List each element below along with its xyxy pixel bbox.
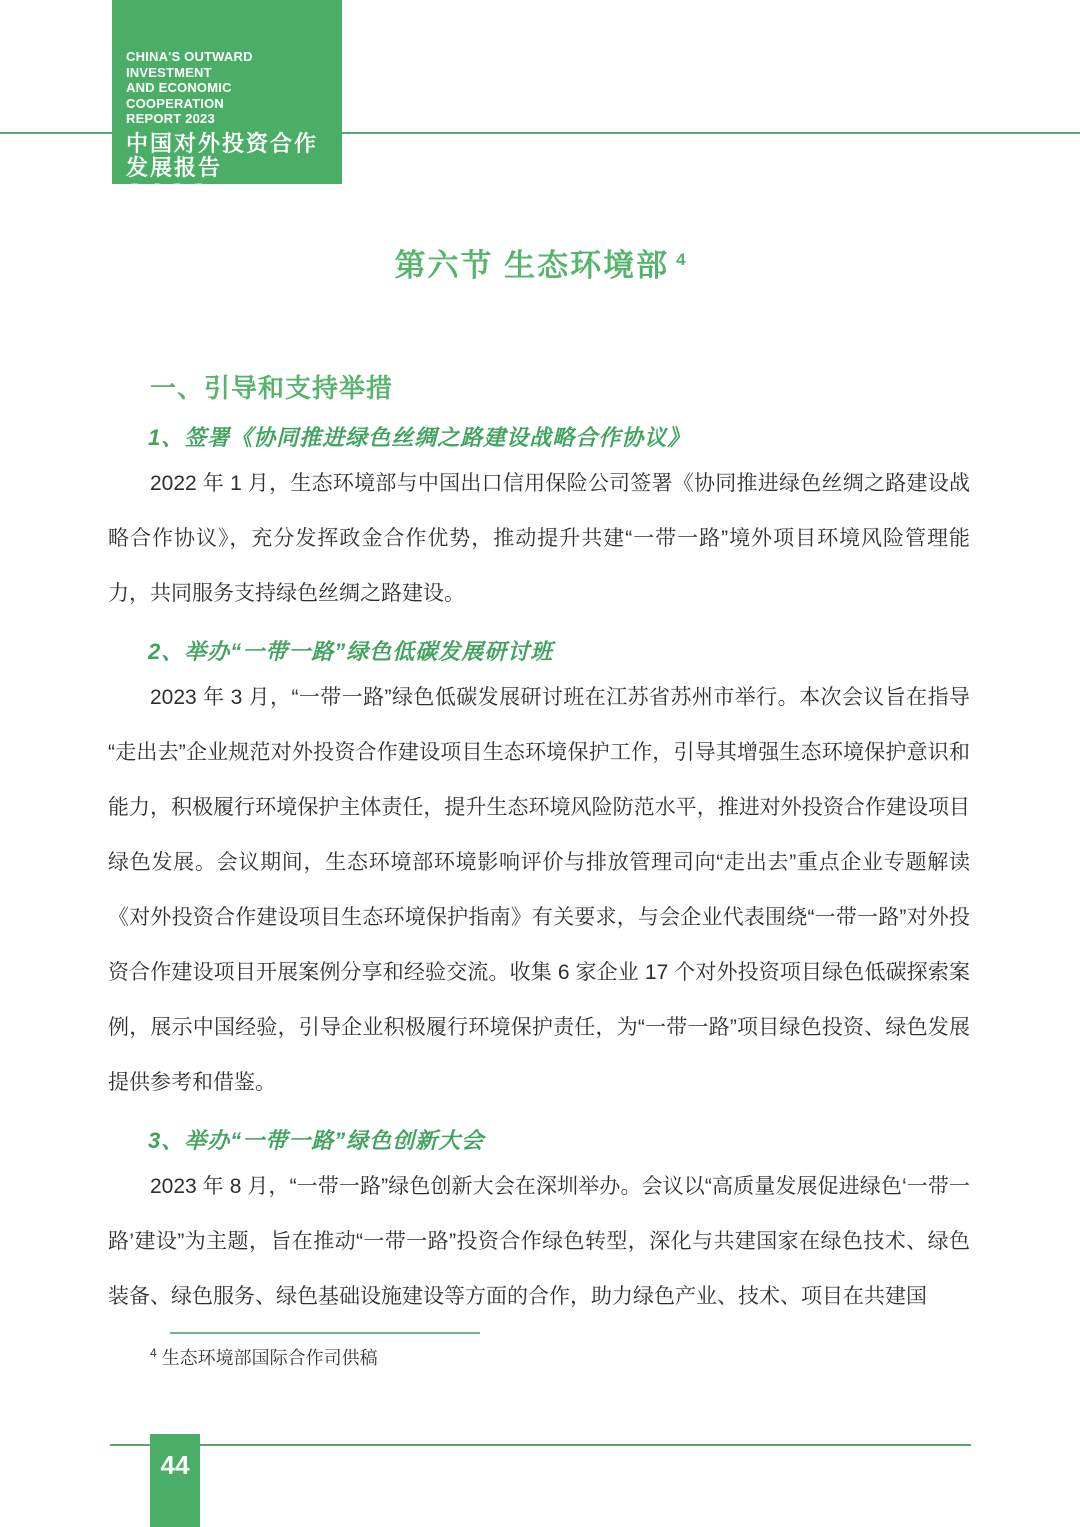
page-content: 一、引导和支持举措 1、签署《协同推进绿色丝绸之路建设战略合作协议》 2022 … [108,368,970,1324]
section-title-footnote-ref: 4 [676,250,685,269]
subsection-2: 2、举办“一带一路”绿色低碳发展研讨班 2023 年 3 月，“一带一路”绿色低… [108,635,970,1110]
subsection-3-heading: 3、举办“一带一路”绿色创新大会 [148,1124,970,1155]
brand-year: 2023 [126,180,332,211]
subsection-2-heading: 2、举办“一带一路”绿色低碳发展研讨班 [148,635,970,666]
section-title-text: 第六节 生态环境部 [394,248,669,283]
brand-chinese-line: 中国对外投资合作 [126,132,332,156]
brand-english-line: CHINA'S OUTWARD INVESTMENT [126,49,332,80]
brand-english-line: AND ECONOMIC COOPERATION [126,80,332,111]
page-number: 44 [161,1450,190,1480]
brand-english-line: REPORT 2023 [126,111,332,127]
footnote-source-text: 生态环境部国际合作司供稿 [162,1348,378,1368]
subsection-3: 3、举办“一带一路”绿色创新大会 2023 年 8 月，“一带一路”绿色创新大会… [108,1124,970,1324]
footnote-area: 4生态环境部国际合作司供稿 [150,1332,480,1370]
subsection-1-paragraph: 2022 年 1 月，生态环境部与中国出口信用保险公司签署《协同推进绿色丝绸之路… [108,456,970,621]
footnote-divider [170,1332,480,1334]
brand-english-title: CHINA'S OUTWARD INVESTMENT AND ECONOMIC … [126,49,332,127]
footnote-ref-number: 4 [150,1346,157,1360]
report-brand-block: CHINA'S OUTWARD INVESTMENT AND ECONOMIC … [112,0,342,184]
brand-chinese-title: 中国对外投资合作 发展报告 [126,132,332,180]
section-title: 第六节 生态环境部4 [0,240,1080,285]
footnote-text: 4生态环境部国际合作司供稿 [150,1344,480,1370]
bottom-divider-rule [110,1444,971,1446]
report-page: CHINA'S OUTWARD INVESTMENT AND ECONOMIC … [0,0,1080,1527]
subsection-3-paragraph: 2023 年 8 月，“一带一路”绿色创新大会在深圳举办。会议以“高质量发展促进… [108,1159,970,1324]
subsection-1-heading: 1、签署《协同推进绿色丝绸之路建设战略合作协议》 [148,421,970,452]
subsection-2-paragraph: 2023 年 3 月，“一带一路”绿色低碳发展研讨班在江苏省苏州市举行。本次会议… [108,670,970,1110]
page-number-badge: 44 [150,1434,200,1527]
heading-guidance-measures: 一、引导和支持举措 [150,368,970,405]
brand-chinese-line: 发展报告 [126,156,332,180]
subsection-1: 1、签署《协同推进绿色丝绸之路建设战略合作协议》 2022 年 1 月，生态环境… [108,421,970,621]
